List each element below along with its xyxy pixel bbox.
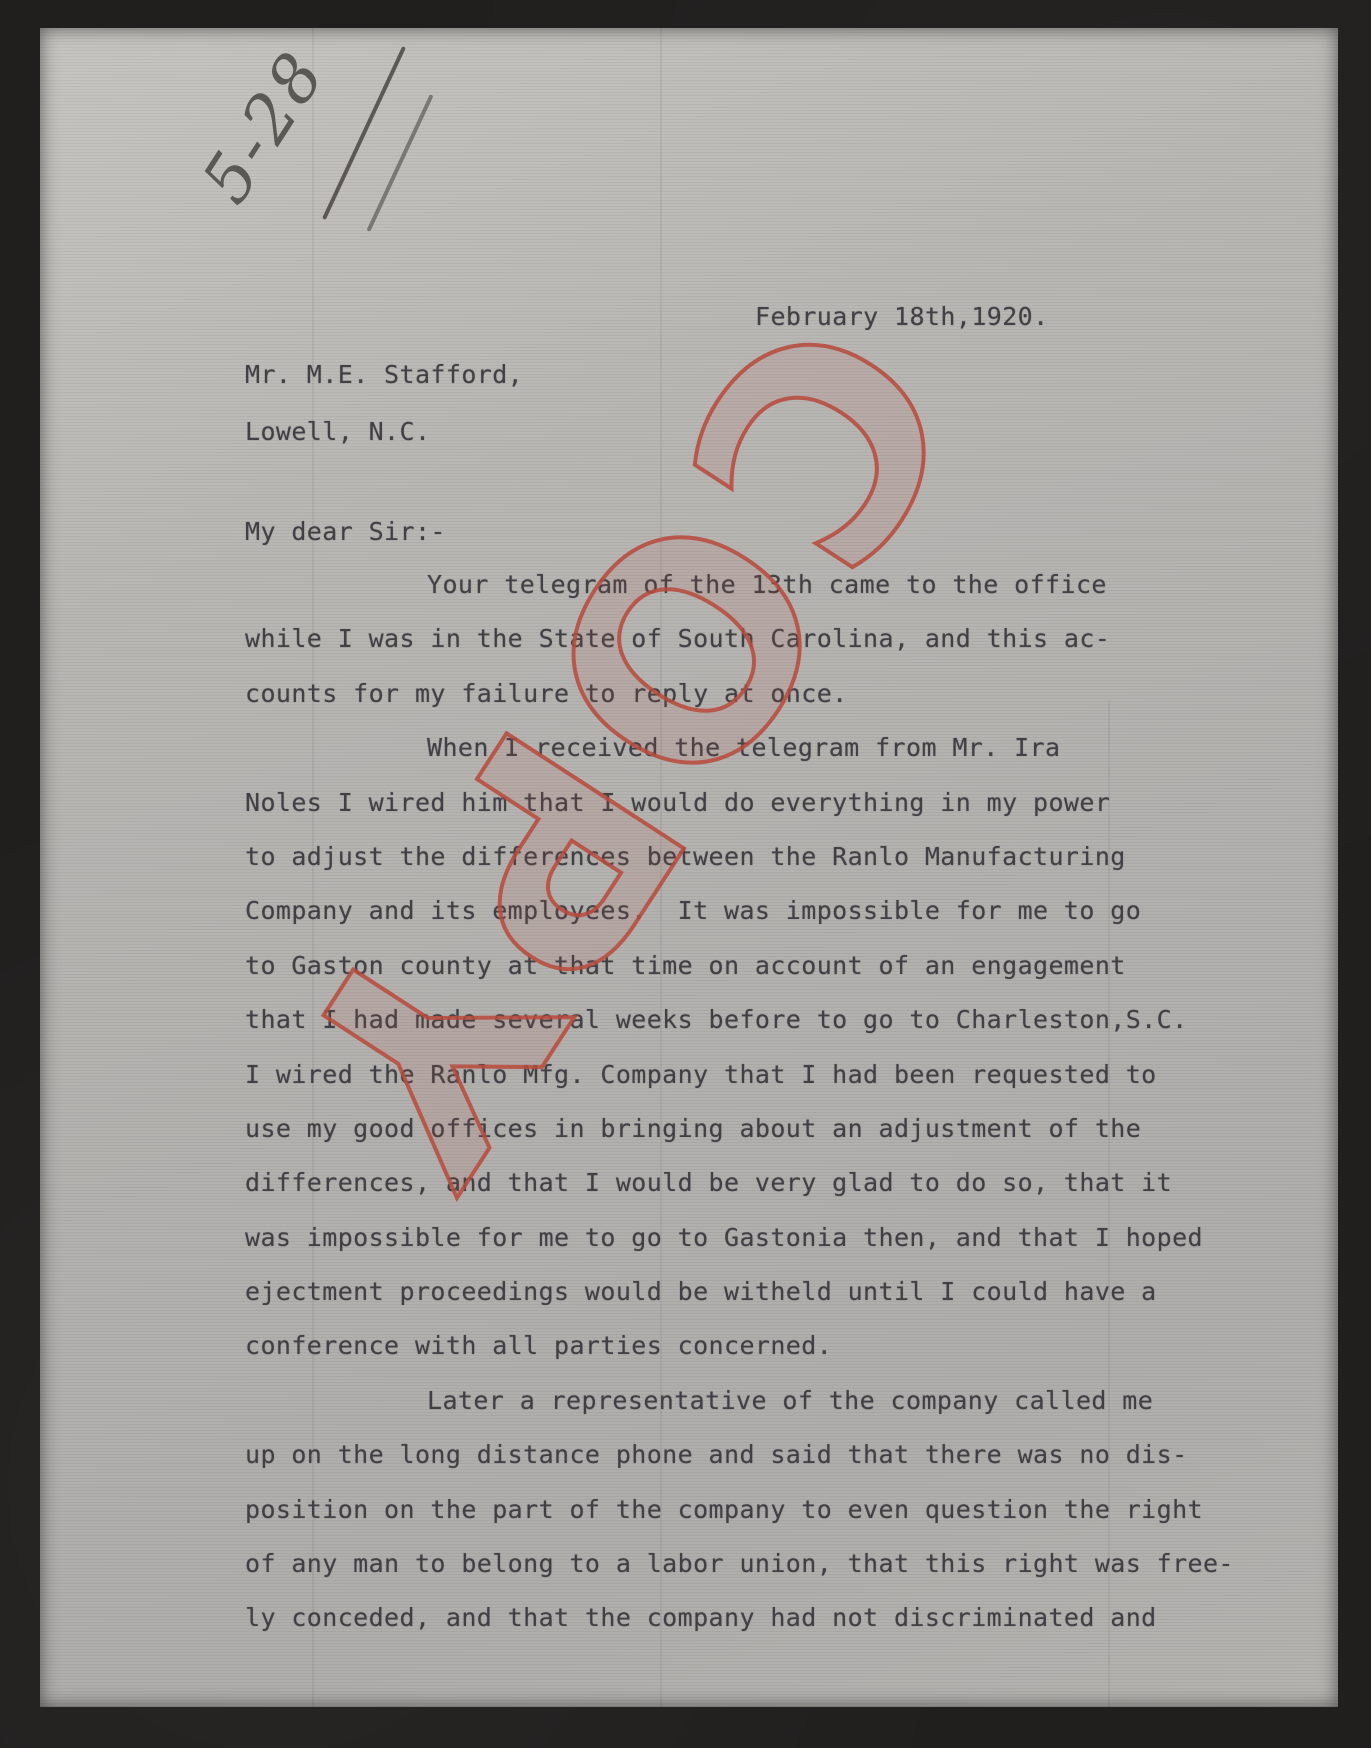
letter-line: ejectment proceedings would be witheld u… <box>245 1265 1205 1319</box>
letter-line: Your telegram of the 13th came to the of… <box>245 558 1205 612</box>
letter-line: position on the part of the company to e… <box>245 1483 1205 1537</box>
letter-line: conference with all parties concerned. <box>245 1319 1205 1373</box>
salutation: My dear Sir:- <box>245 517 446 546</box>
recipient-city: Lowell, N.C. <box>245 417 430 446</box>
letter-line: was impossible for me to go to Gastonia … <box>245 1211 1205 1265</box>
letter-line: of any man to belong to a labor union, t… <box>245 1537 1205 1591</box>
letter-line: to adjust the differences between the Ra… <box>245 830 1205 884</box>
letter-line: I wired the Ranlo Mfg. Company that I ha… <box>245 1048 1205 1102</box>
letter-line: Noles I wired him that I would do everyt… <box>245 776 1205 830</box>
recipient-name: Mr. M.E. Stafford, <box>245 360 523 389</box>
letter-line: to Gaston county at that time on account… <box>245 939 1205 993</box>
letter-line: that I had made several weeks before to … <box>245 993 1205 1047</box>
letter-line: counts for my failure to reply at once. <box>245 667 1205 721</box>
letter-line: Company and its employees. It was imposs… <box>245 884 1205 938</box>
letter-date: February 18th,1920. <box>755 302 1049 331</box>
letter-line: use my good offices in bringing about an… <box>245 1102 1205 1156</box>
letter-line: while I was in the State of South Caroli… <box>245 612 1205 666</box>
letter-line: ly conceded, and that the company had no… <box>245 1591 1205 1645</box>
letter-body: Your telegram of the 13th came to the of… <box>245 558 1205 1646</box>
letter-line: Later a representative of the company ca… <box>245 1374 1205 1428</box>
letter-line: differences, and that I would be very gl… <box>245 1156 1205 1210</box>
letter-line: up on the long distance phone and said t… <box>245 1428 1205 1482</box>
letter-line: When I received the telegram from Mr. Ir… <box>245 721 1205 775</box>
